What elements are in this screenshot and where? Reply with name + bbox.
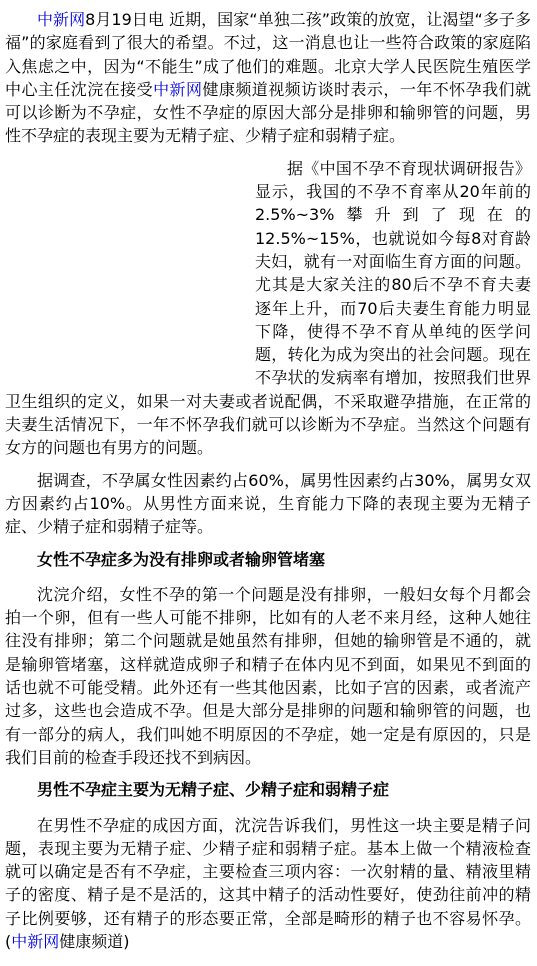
paragraph-male-causes: 在男性不孕症的成因方面，沈浣告诉我们，男性这一块主要是精子问题，表现主要为无精子… (5, 814, 531, 954)
paragraph-female-causes: 沈浣介绍，女性不孕的第一个问题是没有排卵，一般妇女每个月都会拍一个卵，但有一些人… (5, 583, 531, 769)
paragraph-statistics: 据调查，不孕属女性因素约占60%，属男性因素约占30%，属男女双方因素约占10%… (5, 469, 531, 539)
paragraph-text: 在男性不孕症的成因方面，沈浣告诉我们，男性这一块主要是精子问题，表现主要为无精子… (5, 816, 531, 951)
paragraph-intro: 中新网8月19日电 近期，国家“单独二孩”政策的放宽，让渴望“多子多福”的家庭看… (5, 8, 531, 148)
article-image-placeholder (5, 157, 255, 387)
chinanews-footer-link[interactable]: 中新网 (11, 932, 59, 951)
section-heading-male-infertility: 男性不孕症主要为无精子症、少精子症和弱精子症 (5, 778, 531, 801)
chinanews-link[interactable]: 中新网 (37, 10, 85, 29)
paragraph-text: 健康频道) (59, 932, 129, 951)
section-heading-female-infertility: 女性不孕症多为没有排卵或者输卵管堵塞 (5, 548, 531, 571)
chinanews-health-channel-link[interactable]: 中新网 (153, 80, 202, 99)
article-body: 中新网8月19日电 近期，国家“单独二孩”政策的放宽，让渴望“多子多福”的家庭看… (0, 0, 537, 966)
